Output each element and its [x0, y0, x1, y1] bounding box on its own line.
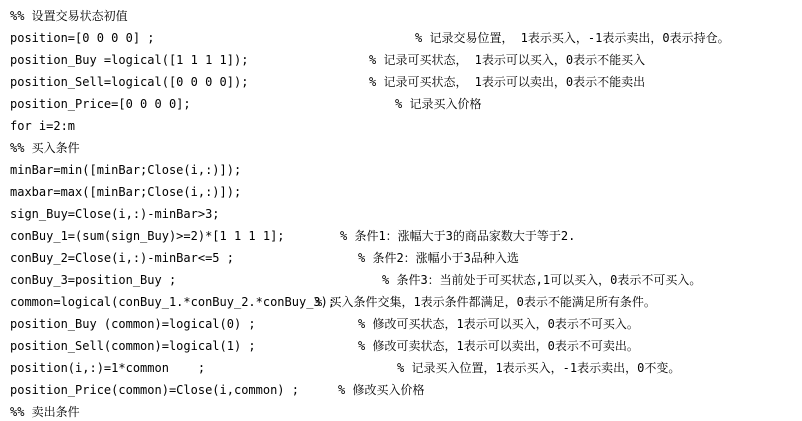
- code-line: common=logical(conBuy_1.*conBuy_2.*conBu…: [10, 291, 802, 313]
- code-text: maxbar=max([minBar;Close(i,:)]);: [10, 181, 241, 203]
- code-text: conBuy_1=(sum(sign_Buy)>=2)*[1 1 1 1];: [10, 225, 285, 247]
- code-line: position_Sell(common)=logical(1) ;% 修改可卖…: [10, 335, 802, 357]
- code-screenshot: %% 设置交易状态初值position=[0 0 0 0] ;% 记录交易位置，…: [0, 0, 802, 421]
- comment-text: % 记录买入位置，1表示买入，-1表示卖出，0不变。: [397, 357, 680, 379]
- code-line: for i=2:m: [10, 115, 802, 137]
- code-text: %% 买入条件: [10, 137, 80, 159]
- comment-text: % 修改可卖状态，1表示可以卖出，0表示不可卖出。: [358, 335, 639, 357]
- code-text: position_Sell(common)=logical(1) ;: [10, 335, 256, 357]
- code-text: %% 设置交易状态初值: [10, 5, 128, 27]
- code-line: maxbar=max([minBar;Close(i,:)]);: [10, 181, 802, 203]
- code-text: conBuy_2=Close(i,:)-minBar<=5 ;: [10, 247, 234, 269]
- code-text: position_Price=[0 0 0 0];: [10, 93, 191, 115]
- code-line: position_Buy =logical([1 1 1 1]);% 记录可买状…: [10, 49, 802, 71]
- comment-text: % 买入条件交集，1表示条件都满足，0表示不能满足所有条件。: [315, 291, 656, 313]
- code-line: position_Buy (common)=logical(0) ;% 修改可买…: [10, 313, 802, 335]
- code-line: position=[0 0 0 0] ;% 记录交易位置， 1表示买入，-1表示…: [10, 27, 802, 49]
- code-text: conBuy_3=position_Buy ;: [10, 269, 176, 291]
- code-text: position(i,:)=1*common ;: [10, 357, 205, 379]
- code-line: position_Price(common)=Close(i,common) ;…: [10, 379, 802, 401]
- comment-text: % 记录交易位置， 1表示买入，-1表示卖出，0表示持仓。: [415, 27, 730, 49]
- comment-text: % 记录可买状态， 1表示可以买入，0表示不能买入: [369, 49, 645, 71]
- comment-text: % 记录买入价格: [395, 93, 481, 115]
- code-text: minBar=min([minBar;Close(i,:)]);: [10, 159, 241, 181]
- code-listing: %% 设置交易状态初值position=[0 0 0 0] ;% 记录交易位置，…: [10, 5, 802, 421]
- code-text: position_Sell=logical([0 0 0 0]);: [10, 71, 248, 93]
- code-line: position_Price=[0 0 0 0];% 记录买入价格: [10, 93, 802, 115]
- section-header-line: %% 设置交易状态初值: [10, 5, 802, 27]
- code-line: position_Sell=logical([0 0 0 0]);% 记录可买状…: [10, 71, 802, 93]
- code-line: conBuy_3=position_Buy ;% 条件3：当前处于可买状态,1可…: [10, 269, 802, 291]
- code-text: position=[0 0 0 0] ;: [10, 27, 155, 49]
- comment-text: % 条件2：涨幅小于3品种入选: [358, 247, 519, 269]
- code-text: %% 卖出条件: [10, 401, 80, 421]
- code-text: position_Buy =logical([1 1 1 1]);: [10, 49, 248, 71]
- comment-text: % 条件3：当前处于可买状态,1可以买入，0表示不可买入。: [382, 269, 701, 291]
- code-line: sign_Buy=Close(i,:)-minBar>3;: [10, 203, 802, 225]
- code-text: for i=2:m: [10, 115, 75, 137]
- code-line: conBuy_2=Close(i,:)-minBar<=5 ;% 条件2：涨幅小…: [10, 247, 802, 269]
- code-text: common=logical(conBuy_1.*conBuy_2.*conBu…: [10, 291, 335, 313]
- code-line: minBar=min([minBar;Close(i,:)]);: [10, 159, 802, 181]
- section-header-line: %% 卖出条件: [10, 401, 802, 421]
- comment-text: % 记录可买状态， 1表示可以卖出，0表示不能卖出: [369, 71, 645, 93]
- code-line: position(i,:)=1*common ;% 记录买入位置，1表示买入，-…: [10, 357, 802, 379]
- code-text: position_Price(common)=Close(i,common) ;: [10, 379, 299, 401]
- section-header-line: %% 买入条件: [10, 137, 802, 159]
- code-text: position_Buy (common)=logical(0) ;: [10, 313, 256, 335]
- code-line: conBuy_1=(sum(sign_Buy)>=2)*[1 1 1 1];% …: [10, 225, 802, 247]
- comment-text: % 修改可买状态，1表示可以买入，0表示不可买入。: [358, 313, 639, 335]
- comment-text: % 修改买入价格: [338, 379, 424, 401]
- code-text: sign_Buy=Close(i,:)-minBar>3;: [10, 203, 220, 225]
- comment-text: % 条件1：涨幅大于3的商品家数大于等于2.: [340, 225, 575, 247]
